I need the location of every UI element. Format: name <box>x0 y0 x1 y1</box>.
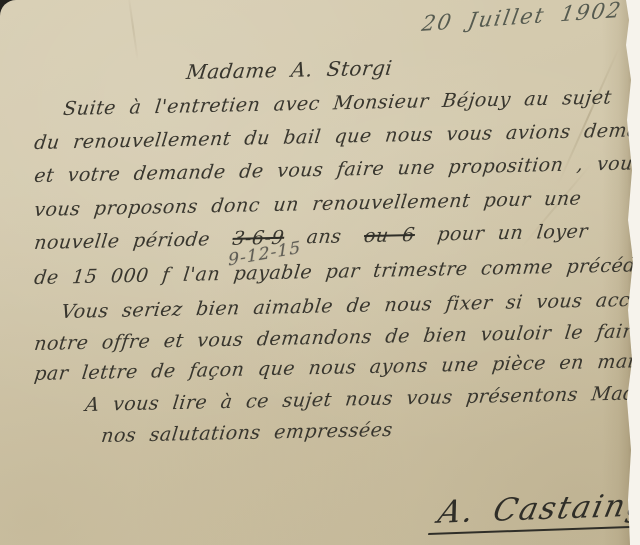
paper-crease <box>127 0 139 62</box>
body-line: de 15 000 f l'an payable par trimestre c… <box>33 252 640 289</box>
letter-date: 20 Juillet 1902 <box>420 0 624 36</box>
body-line: et votre demande de vous faire une propo… <box>33 152 640 187</box>
body-line-amended: nouvelle période 3-6-99-12-15 ans ou 6 p… <box>33 220 598 254</box>
signature: A. Castaing <box>428 487 640 535</box>
body-line: Vous seriez bien aimable de nous fixer s… <box>60 288 640 323</box>
scanned-letter: 20 Juillet 1902 Madame A. Storgi Suite à… <box>0 0 640 545</box>
amend-mid: ans <box>305 226 342 249</box>
salutation: Madame A. Storgi <box>185 56 394 84</box>
letter-paper: 20 Juillet 1902 Madame A. Storgi Suite à… <box>0 0 640 545</box>
struck-alt-term: ou 6 <box>363 224 416 247</box>
amend-pre: nouvelle période <box>33 228 211 254</box>
amend-post: pour un loyer <box>436 220 589 245</box>
body-line: par lettre de façon que nous ayons une p… <box>33 350 640 385</box>
body-line: vous proposons donc un renouvellement po… <box>33 187 583 221</box>
body-line: nos salutations empressées <box>100 419 394 447</box>
body-line: du renouvellement du bail que nous vous … <box>33 118 640 154</box>
amend-old-term-wrap: 3-6-99-12-15 <box>231 227 285 250</box>
body-line: A vous lire à ce sujet nous vous présent… <box>84 382 640 416</box>
body-line: Suite à l'entretien avec Monsieur Béjouy… <box>62 86 613 120</box>
body-line: notre offre et vous demandons de bien vo… <box>33 320 640 355</box>
